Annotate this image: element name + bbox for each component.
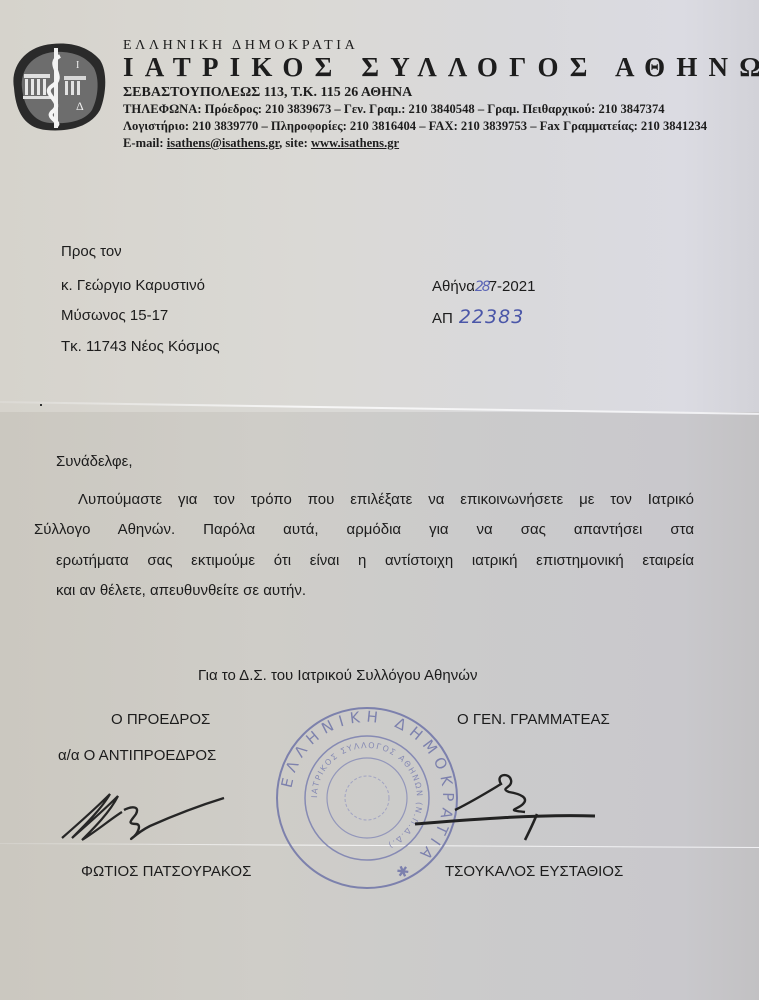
svg-text:Ι: Ι xyxy=(76,60,79,71)
letterhead-contact: E-mail: isathens@isathens.gr, site: www.… xyxy=(123,136,399,151)
letter-body: Λυπούμαστε για τον τρόπο που επιλέξατε ν… xyxy=(56,485,694,606)
greeting: Συνάδελφε, xyxy=(56,453,133,470)
handwritten-day: 28 xyxy=(475,279,489,295)
protocol-number: ΑΠ22383 xyxy=(432,306,524,328)
handwritten-protocol-number: 22383 xyxy=(459,306,524,328)
closing-line: Για το Δ.Σ. του Ιατρικού Συλλόγου Αθηνών xyxy=(198,667,477,684)
website-link[interactable]: www.isathens.gr xyxy=(311,136,399,150)
recipient-postal: Τκ. 11743 Νέος Κόσμος xyxy=(61,338,220,355)
vice-president-title: α/α Ο ΑΝΤΙΠΡΟΕΔΡΟΣ xyxy=(58,747,216,764)
letterhead-organization-name: ΙΑΤΡΙΚΟΣ ΣΥΛΛΟΓΟΣ ΑΘΗΝΩΝ xyxy=(123,52,759,83)
site-label: , site: xyxy=(279,136,311,150)
secretary-signature-icon xyxy=(405,770,620,845)
caduceus-seal-logo-icon: Δ Ι xyxy=(4,36,108,136)
email-label: E-mail: xyxy=(123,136,167,150)
letterhead-phones: ΤΗΛΕΦΩΝΑ: Πρόεδρος: 210 3839673 – Γεν. Γ… xyxy=(123,102,665,117)
body-line: ερωτήματα σας εκτιμούμε ότι είναι η αντί… xyxy=(34,546,694,576)
body-line: Λυπούμαστε για τον τρόπο που επιλέξατε ν… xyxy=(56,485,694,515)
letterhead-accounting-fax: Λογιστήριο: 210 3839770 – Πληροφορίες: 2… xyxy=(123,119,707,134)
secretary-name: ΤΣΟΥΚΑΛΟΣ ΕΥΣΤΑΘΙΟΣ xyxy=(445,863,623,880)
president-name: ΦΩΤΙΟΣ ΠΑΤΣΟΥΡΑΚΟΣ xyxy=(81,863,251,880)
president-title: Ο ΠΡΟΕΔΡΟΣ xyxy=(111,711,210,728)
recipient-name: κ. Γεώργιο Καρυστινό xyxy=(61,277,205,294)
email-link[interactable]: isathens@isathens.gr xyxy=(167,136,279,150)
protocol-label: ΑΠ xyxy=(432,310,453,327)
paper-speck xyxy=(40,404,42,406)
svg-text:Δ: Δ xyxy=(76,99,84,113)
letterhead-address: ΣΕΒΑΣΤΟΥΠΟΛΕΩΣ 113, Τ.Κ. 115 26 ΑΘΗΝΑ xyxy=(123,85,412,101)
recipient-prefix: Προς τον xyxy=(61,243,122,260)
date-suffix: 7-2021 xyxy=(489,278,536,295)
recipient-street: Μύσωνος 15-17 xyxy=(61,307,168,324)
letter-date: Αθήνα287-2021 xyxy=(432,278,535,295)
secretary-title: Ο ΓΕΝ. ΓΡΑΜΜΑΤΕΑΣ xyxy=(457,711,610,728)
body-line: Σύλλογο Αθηνών. Παρόλα αυτά, αρμόδια για… xyxy=(34,515,694,545)
body-line: και αν θέλετε, απευθυνθείτε σε αυτήν. xyxy=(34,576,694,606)
president-signature-icon xyxy=(58,790,233,845)
date-prefix: Αθήνα xyxy=(432,278,475,295)
